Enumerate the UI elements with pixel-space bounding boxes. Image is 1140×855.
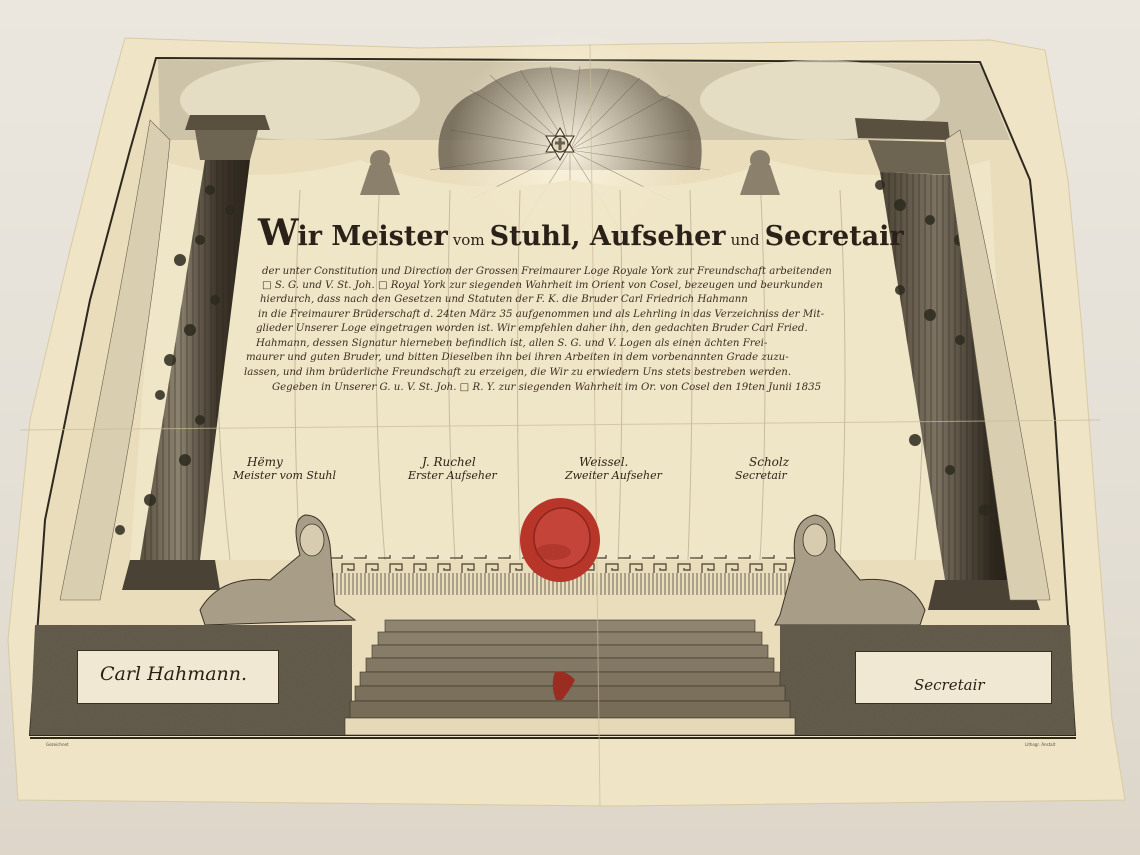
body-line-9: Gegeben in Unserer G. u. V. St. Joh. □ R… (272, 382, 821, 393)
holder-name: Carl Hahmann. (100, 663, 247, 685)
heading-word-meister: ir Meister (297, 221, 447, 252)
signature-secretair: Scholz Secretair (735, 455, 789, 482)
imprint-left: Gezeichnet (46, 742, 69, 747)
heading-word-stuhl: Stuhl, Aufseher (490, 221, 726, 252)
signature-role: Secretair (735, 469, 789, 482)
heading-initial: W (258, 212, 297, 254)
signature-role: Zweiter Aufseher (565, 469, 662, 482)
certificate-heading: Wir Meister vom Stuhl, Aufseher und Secr… (258, 212, 858, 262)
body-line-1: der unter Constitution und Direction der… (262, 266, 832, 277)
signature-scrawl: Weissel. (579, 455, 662, 469)
signature-zweiter-aufseher: Weissel. Zweiter Aufseher (565, 455, 662, 482)
body-line-8: lassen, und ihm brüderliche Freundschaft… (244, 367, 791, 378)
signature-scrawl: J. Ruchel (422, 455, 497, 469)
secretair-name-box: Secretair (855, 651, 1052, 704)
body-line-2: □ S. G. und V. St. Joh. □ Royal York zur… (262, 280, 823, 291)
heading-word-vom: vom (453, 231, 485, 249)
secretair-label: Secretair (914, 676, 985, 694)
certificate: Wir Meister vom Stuhl, Aufseher und Secr… (0, 0, 1140, 855)
heading-word-und: und (731, 231, 760, 249)
signature-meister: Hëmy Meister vom Stuhl (233, 455, 336, 482)
signature-erster-aufseher: J. Ruchel Erster Aufseher (408, 455, 497, 482)
heading-word-secretair: Secretair (765, 221, 904, 252)
wax-seal (520, 498, 600, 582)
body-line-6: Hahmann, dessen Signatur hierneben befin… (256, 338, 767, 349)
holder-name-box: Carl Hahmann. (77, 650, 279, 704)
body-line-7: maurer und guten Bruder, und bitten Dies… (246, 352, 789, 363)
signature-scrawl: Scholz (749, 455, 789, 469)
signature-scrawl: Hëmy (247, 455, 336, 469)
body-line-4: in die Freimaurer Brüderschaft d. 24ten … (258, 309, 824, 320)
body-line-5: glieder Unserer Loge eingetragen worden … (256, 323, 808, 334)
signature-role: Meister vom Stuhl (233, 469, 336, 482)
body-line-3: hierdurch, dass nach den Gesetzen und St… (260, 294, 748, 305)
imprint-right: Lithogr. Anstalt (1025, 742, 1055, 747)
certificate-artwork (0, 0, 1140, 855)
signature-role: Erster Aufseher (408, 469, 497, 482)
